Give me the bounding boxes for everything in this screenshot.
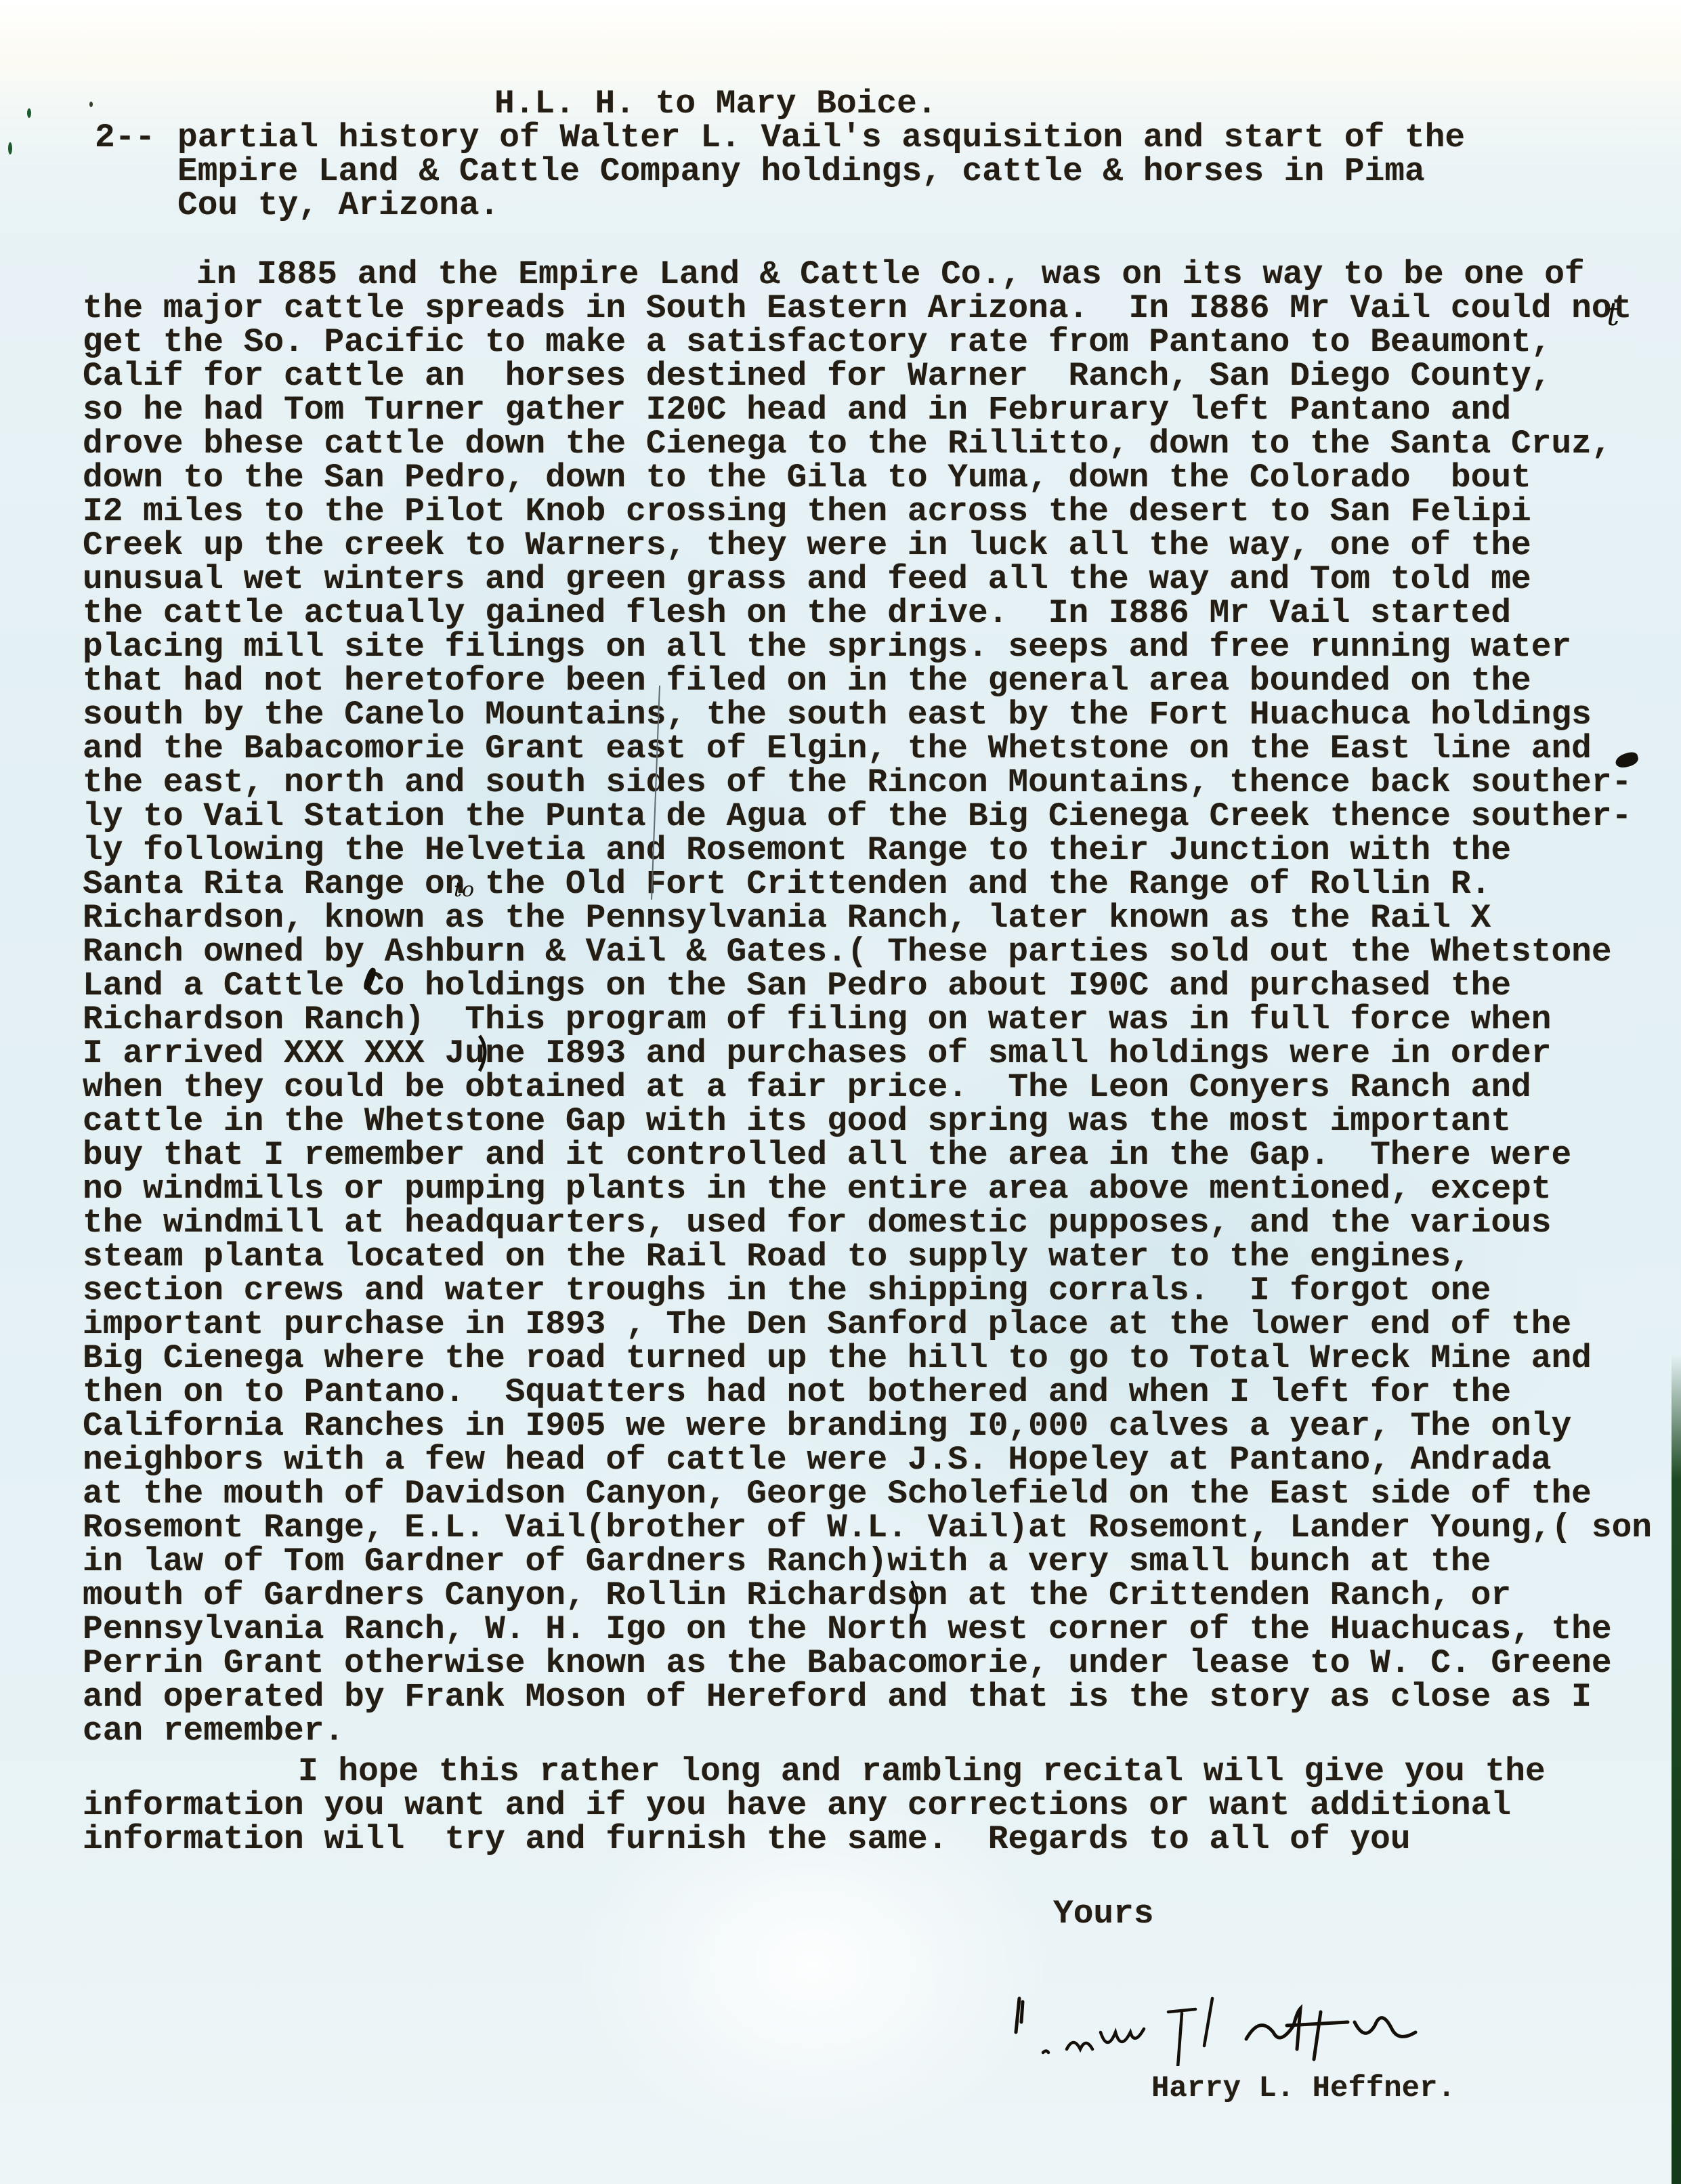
body-line: important purchase in I893 , The Den San…	[83, 1307, 1571, 1341]
body-line: Land a Cattle Co holdings on the San Ped…	[83, 969, 1511, 1003]
body-line: section crews and water troughs in the s…	[83, 1274, 1491, 1307]
body-line: south by the Canelo Mountains, the south…	[83, 698, 1592, 732]
body-line: the windmill at headquarters, used for d…	[83, 1206, 1551, 1240]
body-line: Richardson, known as the Pennsylvania Ra…	[83, 901, 1491, 935]
body-line: I2 miles to the Pilot Knob crossing then…	[83, 495, 1531, 528]
body-line: no windmills or pumping plants in the en…	[83, 1172, 1551, 1206]
closing-line: information will try and furnish the sam…	[83, 1822, 1411, 1856]
closing-line: information you want and if you have any…	[83, 1788, 1511, 1822]
typed-signature-name: Harry L. Heffner.	[1151, 2072, 1455, 2105]
body-line: when they could be obtained at a fair pr…	[83, 1070, 1531, 1104]
body-line: at the mouth of Davidson Canyon, George …	[83, 1477, 1592, 1511]
ink-speck	[8, 142, 12, 154]
body-line: get the So. Pacific to make a satisfacto…	[83, 325, 1551, 359]
ink-speck	[27, 108, 31, 118]
handwritten-correction-t: t	[1606, 295, 1619, 333]
body-line: the cattle actually gained flesh on the …	[83, 596, 1511, 630]
subject-line: partial history of Walter L. Vail's asqu…	[177, 121, 1465, 154]
body-line: can remember.	[83, 1714, 344, 1748]
body-line: in I885 and the Empire Land & Cattle Co.…	[196, 257, 1585, 291]
body-line: that had not heretofore been filed on in…	[83, 664, 1531, 698]
body-line: unusual wet winters and green grass and …	[83, 562, 1531, 596]
body-line: the major cattle spreads in South Easter…	[83, 291, 1632, 325]
body-line: buy that I remember and it controlled al…	[83, 1138, 1571, 1172]
body-line: and the Babacomorie Grant east of Elgin,…	[83, 732, 1592, 765]
body-line: Perrin Grant otherwise known as the Baba…	[83, 1646, 1612, 1680]
subject-line: Empire Land & Cattle Company holdings, c…	[177, 154, 1425, 188]
body-line: Calif for cattle an horses destined for …	[83, 359, 1551, 393]
handwritten-signature	[1002, 1985, 1653, 2066]
handwritten-correction-to: to	[454, 878, 474, 902]
body-line: cattle in the Whetstone Gap with its goo…	[83, 1104, 1511, 1138]
body-line: and operated by Frank Moson of Hereford …	[83, 1680, 1592, 1714]
valediction: Yours	[1053, 1897, 1154, 1931]
body-line: ly following the Helvetia and Rosemont R…	[83, 833, 1511, 867]
body-line: Big Cienega where the road turned up the…	[83, 1341, 1592, 1375]
pencil-line-mark	[650, 684, 671, 901]
body-line: steam planta located on the Rail Road to…	[83, 1240, 1471, 1274]
body-line: placing mill site filings on all the spr…	[83, 630, 1571, 664]
subject-line: Cou ty, Arizona.	[177, 188, 499, 222]
body-line: in law of Tom Gardner of Gardners Ranch)…	[83, 1545, 1491, 1578]
body-line: California Ranches in I905 we were brand…	[83, 1409, 1571, 1443]
subject-number: 2--	[95, 121, 155, 154]
handwritten-paren-mark	[474, 1033, 494, 1074]
body-line: mouth of Gardners Canyon, Rollin Richard…	[83, 1578, 1511, 1612]
closing-line: I hope this rather long and rambling rec…	[298, 1755, 1546, 1788]
handwritten-paren-mark	[906, 1578, 927, 1626]
body-line: I arrived XXX XXX June I893 and purchase…	[83, 1036, 1551, 1070]
body-line: down to the San Pedro, down to the Gila …	[83, 461, 1531, 495]
body-line: Richardson Ranch) This program of filing…	[83, 1003, 1551, 1036]
body-line: Ranch owned by Ashburn & Vail & Gates.( …	[83, 935, 1612, 969]
body-line: neighbors with a few head of cattle were…	[83, 1443, 1551, 1477]
body-line: so he had Tom Turner gather I20C head an…	[83, 393, 1511, 427]
body-line: drove bhese cattle down the Cienega to t…	[83, 427, 1612, 461]
body-line: the east, north and south sides of the R…	[83, 765, 1632, 799]
body-line: ly to Vail Station the Punta de Agua of …	[83, 799, 1632, 833]
body-line: Rosemont Range, E.L. Vail(brother of W.L…	[83, 1511, 1652, 1545]
body-line: Santa Rita Range on the Old Fort Critten…	[83, 867, 1491, 901]
paper-top-edge	[0, 0, 1681, 88]
scan-edge-strip	[1672, 1355, 1681, 2184]
body-line: Creek up the creek to Warners, they were…	[83, 528, 1531, 562]
ink-speck	[89, 102, 93, 107]
body-line: then on to Pantano. Squatters had not bo…	[83, 1375, 1511, 1409]
body-line: Pennsylvania Ranch, W. H. Igo on the Nor…	[83, 1612, 1612, 1646]
header-title: H.L. H. to Mary Boice.	[494, 87, 937, 121]
